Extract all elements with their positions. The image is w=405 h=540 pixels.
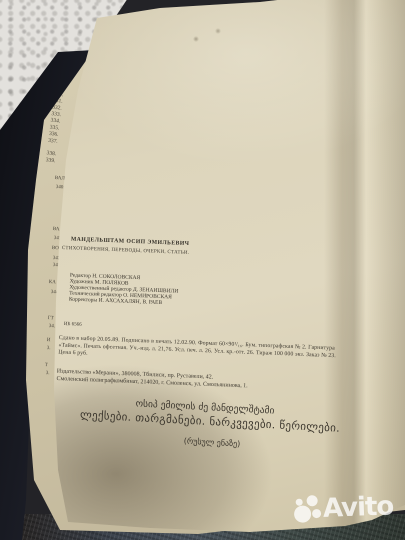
avito-logo-circle-medium (306, 495, 317, 506)
avito-logo-circle-bottom (312, 509, 321, 518)
avito-watermark: Avito (292, 490, 403, 530)
toc-edge-fragment: ГТ (48, 315, 54, 321)
credits-block: Редактор Н. СОКОЛОВСКАЯ Художник М. ПОЛЯ… (69, 272, 179, 306)
imprint-block: Сдано в набор 20.05.89. Подписано в печа… (58, 334, 336, 366)
toc-edge-fragment: ВО (52, 245, 59, 251)
toc-edge-fragment: 340. (56, 184, 65, 190)
toc-edge-fragment: 3. (47, 345, 51, 351)
book-photo: 323. 324. 325. 326. 327. 328. 329. 330. … (0, 0, 405, 540)
toc-edge-fragment: ВА (53, 226, 60, 232)
toc-edge-fragment: И (47, 337, 51, 343)
georgian-language-note: (რუსულ ენაზე) (112, 433, 312, 452)
title-line: СТИХОТВОРЕНИЯ, ПЕРЕВОДЫ, ОЧЕРКИ, СТАТЬИ. (62, 245, 190, 255)
author-line: МАНДЕЛЬШТАМ ОСИП ЭМИЛЬЕВИЧ (71, 236, 190, 247)
toc-edge-fragment: Т (45, 362, 48, 368)
ib-number: ИБ 6566 (64, 321, 82, 327)
avito-wordmark: Avito (322, 490, 393, 525)
toc-edge-fragment: 3. (46, 370, 50, 376)
publisher-block: Издательство «Мерани», 380008, Тбилиси, … (56, 367, 248, 389)
toc-edge-fragment: ВАЛ (55, 175, 65, 181)
toc-edge-fragment: КА (49, 279, 56, 285)
toc-edge-fragment: 34. (49, 323, 56, 329)
avito-logo-circle-large (294, 505, 312, 523)
colophon-page: МАНДЕЛЬШТАМ ОСИП ЭМИЛЬЕВИЧ СТИХОТВОРЕНИЯ… (46, 0, 405, 540)
